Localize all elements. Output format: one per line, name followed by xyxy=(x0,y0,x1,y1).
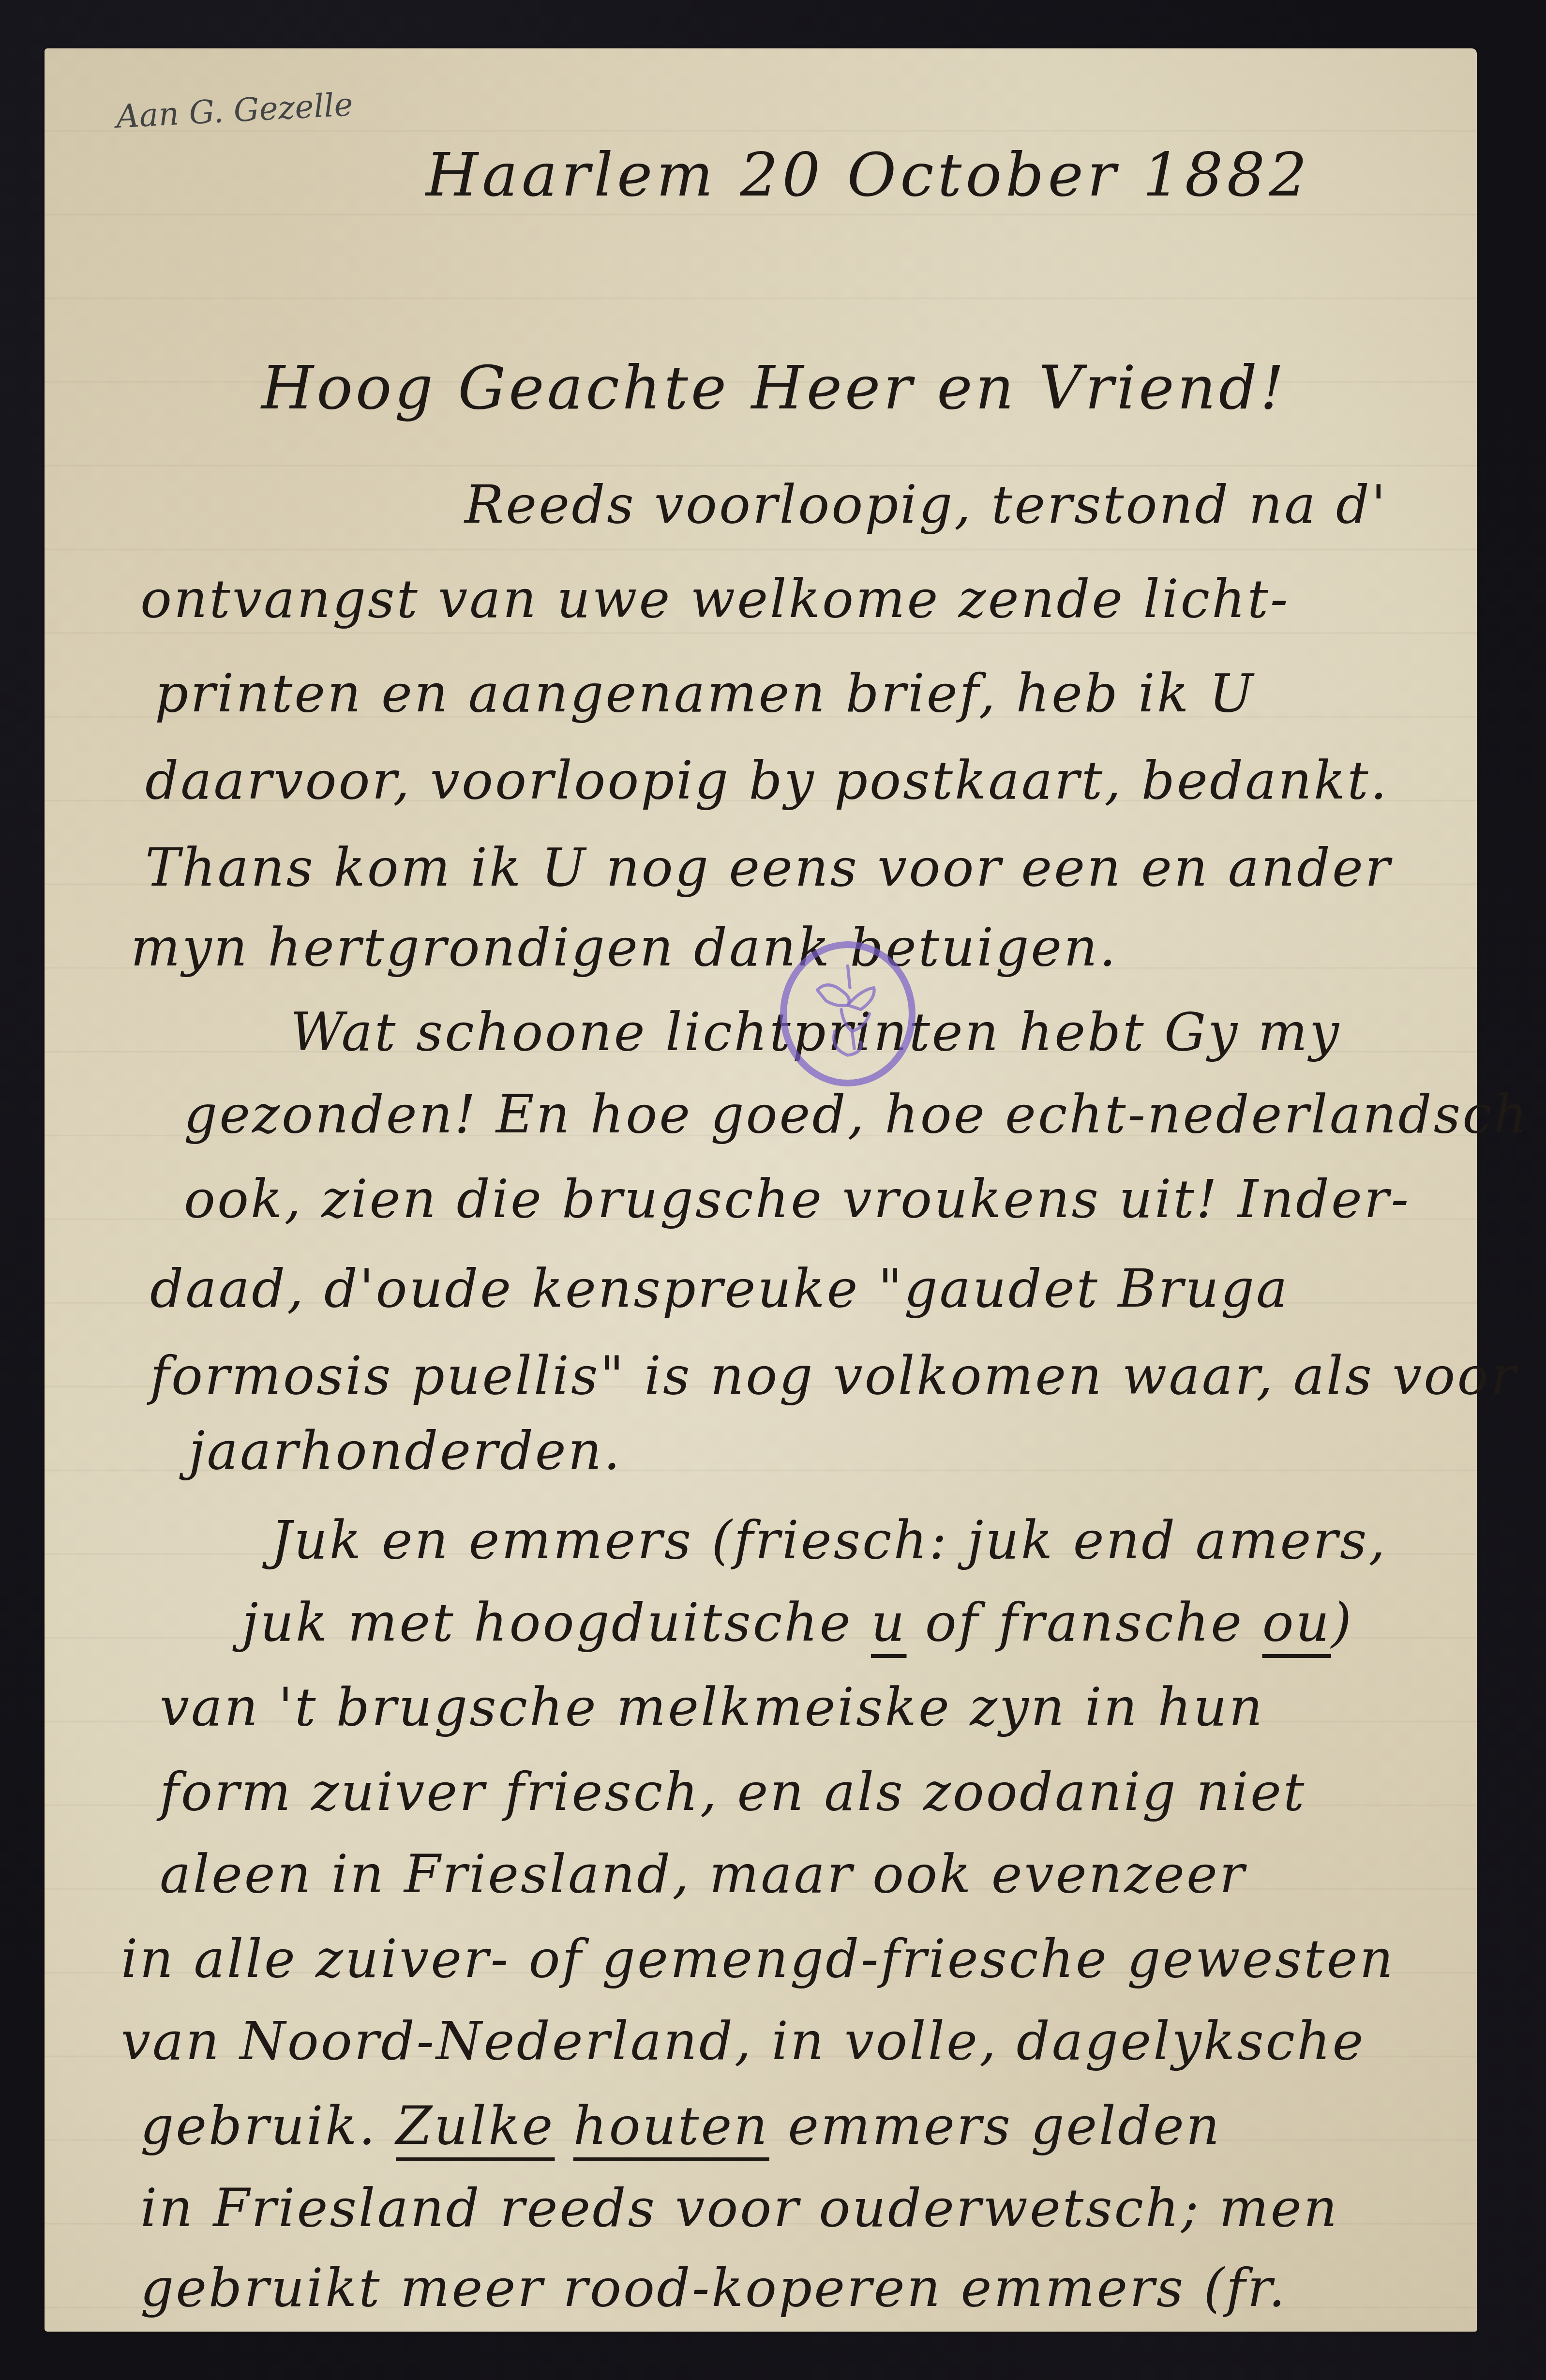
letter-line: in alle zuiver- of gemengd-friesche gewe… xyxy=(121,1933,1395,1986)
line-segment: of fransche xyxy=(907,1593,1262,1653)
letter-line: ontvangst van uwe welkome zende licht- xyxy=(140,573,1290,626)
salutation: Hoog Geachte Heer en Vriend! xyxy=(261,358,1287,418)
letter-line: gebruik. Zulke houten emmers gelden xyxy=(140,2100,1221,2153)
line-segment: juk met hoogduitsche xyxy=(242,1593,871,1653)
letter-line: Juk en emmers (friesch: juk end amers, xyxy=(271,1515,1387,1567)
letter-line: juk met hoogduitsche u of fransche ou) xyxy=(242,1597,1353,1649)
line-segment: ) xyxy=(1331,1593,1353,1653)
letter-line: Thans kom ik U nog eens voor een en ande… xyxy=(145,842,1392,894)
bird-emblem-icon xyxy=(787,948,909,1080)
underlined-word: ou xyxy=(1262,1593,1331,1653)
letter-line: van Noord-Nederland, in volle, dagelyksc… xyxy=(121,2016,1366,2068)
letter-line: Reeds voorloopig, terstond na d' xyxy=(465,479,1388,531)
letter-line: form zuiver friesch, en als zoodanig nie… xyxy=(160,1766,1306,1819)
underlined-word: houten xyxy=(573,2096,769,2156)
letter-line: in Friesland reeds voor ouderwetsch; men xyxy=(140,2183,1339,2235)
letter-line: van 't brugsche melkmeiske zyn in hun xyxy=(160,1682,1264,1734)
line-segment xyxy=(555,2096,573,2156)
archive-stamp xyxy=(780,941,916,1086)
letter-line: aleen in Friesland, maar ook evenzeer xyxy=(160,1849,1246,1901)
dateline: Haarlem 20 October 1882 xyxy=(426,145,1311,205)
line-segment: gebruik. xyxy=(140,2096,396,2156)
letter-line: gebruikt meer rood-koperen emmers (fr. xyxy=(140,2262,1287,2315)
letter-line: ook, zien die brugsche vroukens uit! Ind… xyxy=(184,1174,1411,1226)
letter-line: daad, d'oude kenspreuke "gaudet Bruga xyxy=(150,1263,1289,1315)
letter-line: jaarhonderden. xyxy=(189,1425,622,1477)
underlined-word: Zulke xyxy=(396,2096,555,2156)
line-segment: emmers gelden xyxy=(769,2096,1222,2156)
letter-line: daarvoor, voorloopig by postkaart, bedan… xyxy=(145,755,1389,807)
underlined-word: u xyxy=(871,1593,907,1653)
letter-line: printen en aangenamen brief, heb ik U xyxy=(155,668,1255,720)
letter-line: formosis puellis" is nog volkomen waar, … xyxy=(150,1350,1517,1402)
letter-line: gezonden! En hoe goed, hoe echt-nederlan… xyxy=(184,1089,1529,1141)
letter-line: myn hertgrondigen dank betuigen. xyxy=(131,922,1118,974)
